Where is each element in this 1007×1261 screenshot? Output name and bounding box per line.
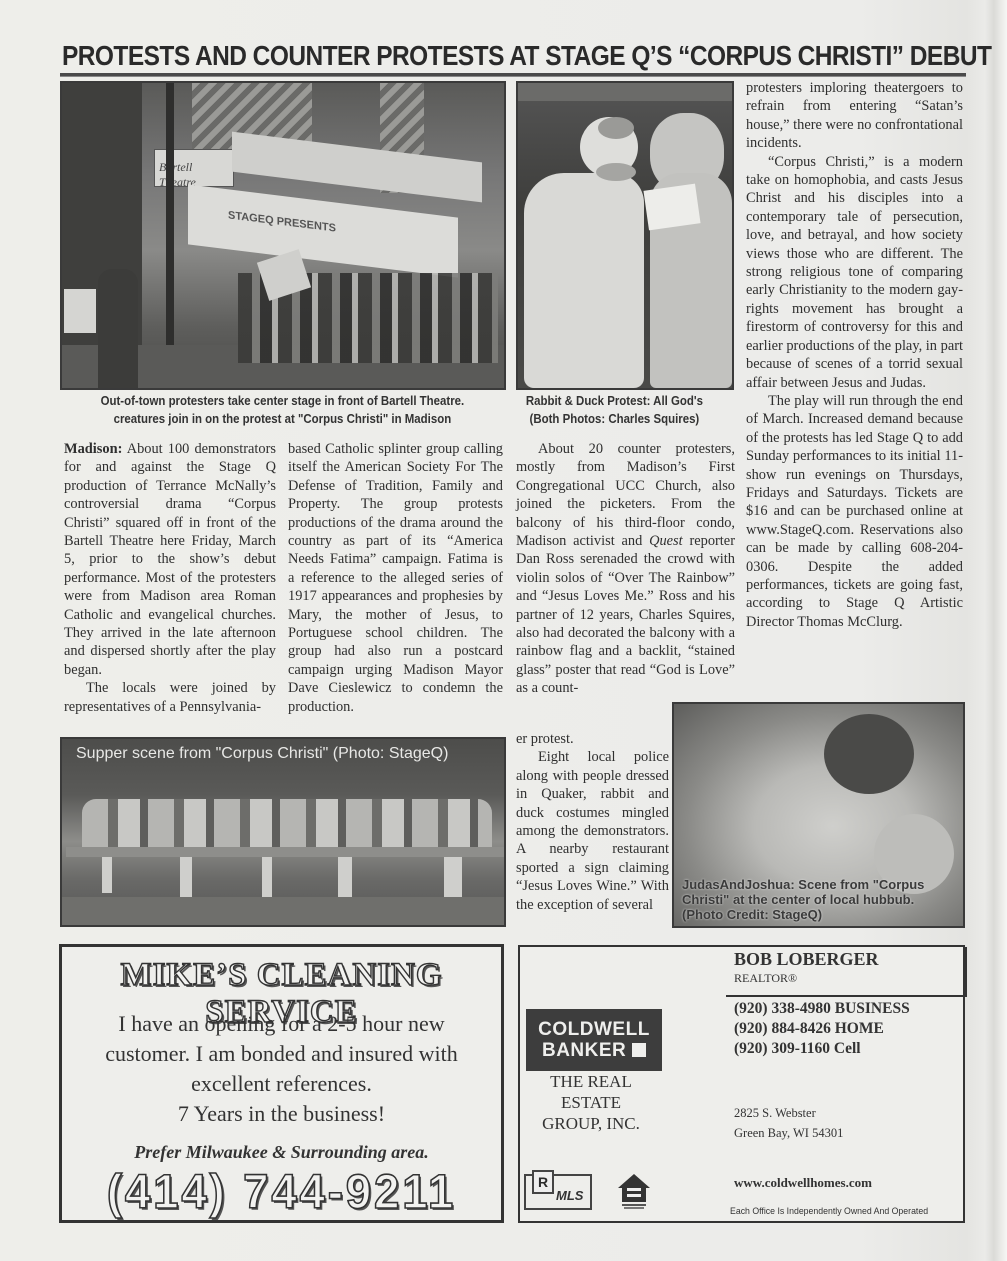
text-run: reporter Dan Ross serenaded the crowd wi…	[516, 533, 735, 696]
agency-name: THE REAL ESTATE GROUP, INC.	[520, 1071, 662, 1134]
disclaimer: Each Office Is Independently Owned And O…	[730, 1206, 928, 1217]
equal-housing-icon	[616, 1172, 652, 1210]
ad-line: 7 Years in the business!	[62, 1099, 501, 1129]
caption-line: Rabbit & Duck Protest: All God's	[500, 392, 729, 410]
ad-phone-number: (414) 744-9211	[73, 1165, 490, 1220]
paragraph: The locals were joined by representative…	[64, 679, 276, 716]
phone-home: (920) 884-8426 HOME	[734, 1019, 910, 1039]
realtor-r-icon: R	[532, 1170, 554, 1194]
office-address: 2825 S. Webster Green Bay, WI 54301	[734, 1103, 843, 1143]
wisconsin-icon	[632, 1043, 646, 1057]
dateline: Madison:	[64, 441, 122, 457]
agent-phones: (920) 338-4980 BUSINESS (920) 884-8426 H…	[734, 999, 910, 1059]
supper-photo-caption: Supper scene from "Corpus Christi" (Phot…	[76, 745, 448, 763]
logo-text: BANKER	[526, 1040, 662, 1061]
logo-text-banker: BANKER	[542, 1040, 626, 1061]
theatre-photo-caption: Out-of-town protesters take center stage…	[58, 392, 507, 428]
article-column-2: based Catholic splinter group calling it…	[288, 440, 503, 716]
paragraph: protesters imploring theatergoers to ref…	[746, 79, 963, 153]
realtor-mls-icon: R MLS	[524, 1174, 592, 1210]
stageq-sign: STAGEQ PRESENTS	[188, 184, 458, 277]
coldwell-banker-logo: COLDWELL BANKER	[526, 1009, 662, 1071]
paragraph: “Corpus Christi,” is a modern take on ho…	[746, 153, 963, 392]
article-column-1: Madison: About 100 demonstrators for and…	[64, 440, 276, 716]
paragraph: About 100 demonstrators for and against …	[64, 441, 276, 678]
mikes-cleaning-ad: MIKE’S CLEANING SERVICE I have an openin…	[59, 944, 504, 1223]
phone-business: (920) 338-4980 BUSINESS	[734, 999, 910, 1019]
article-column-3-continued: er protest. Eight local police along wit…	[516, 730, 669, 914]
headline-rule	[60, 73, 966, 77]
logo-text: COLDWELL	[526, 1019, 662, 1040]
paragraph: based Catholic splinter group calling it…	[288, 440, 503, 716]
website-link[interactable]: www.coldwellhomes.com	[734, 1175, 872, 1191]
mls-label: MLS	[556, 1188, 583, 1203]
ad-service-area: Prefer Milwaukee & Surrounding area.	[62, 1142, 501, 1163]
kiss-photo-caption: JudasAndJoshua: Scene from "Corpus Chris…	[682, 877, 942, 922]
headline: PROTESTS AND COUNTER PROTESTS AT STAGE Q…	[62, 40, 863, 74]
agent-name: BOB LOBERGER	[734, 949, 879, 970]
caption-line: Out-of-town protesters take center stage…	[58, 392, 507, 410]
address-line: 2825 S. Webster	[734, 1103, 843, 1123]
ad-body: I have an opening for a 2-5 hour new cus…	[62, 1009, 501, 1129]
divider	[726, 995, 967, 997]
paragraph: er protest.	[516, 730, 669, 748]
address-line: Green Bay, WI 54301	[734, 1123, 843, 1143]
publication-name: Quest	[649, 533, 683, 549]
supper-scene-photo: Supper scene from "Corpus Christi" (Phot…	[60, 737, 506, 927]
article-column-3: About 20 counter protesters, mostly from…	[516, 440, 735, 698]
ad-line: I have an opening for a 2-5 hour new	[62, 1009, 501, 1039]
phone-cell: (920) 309-1160 Cell	[734, 1039, 910, 1059]
page-edge-shadow	[985, 0, 1007, 1261]
paragraph: The play will run through the end of Mar…	[746, 392, 963, 631]
agency-line: THE REAL ESTATE	[520, 1071, 662, 1113]
paragraph: Eight local police along with people dre…	[516, 748, 669, 914]
article-column-4: protesters imploring theatergoers to ref…	[746, 79, 963, 631]
agency-line: GROUP, INC.	[520, 1113, 662, 1134]
caption-line: creatures join in on the protest at "Cor…	[58, 410, 507, 428]
ad-line: customer. I am bonded and insured with	[62, 1039, 501, 1069]
rabbit-photo-caption: Rabbit & Duck Protest: All God's (Both P…	[500, 392, 729, 428]
agent-title: REALTOR®	[734, 971, 797, 986]
judas-joshua-photo: JudasAndJoshua: Scene from "Corpus Chris…	[672, 702, 965, 928]
photo-credit: (Both Photos: Charles Squires)	[500, 410, 729, 428]
ad-line: excellent references.	[62, 1069, 501, 1099]
theatre-protest-photo: Bartell Theatre STAGEQ PRESENTS	[60, 81, 506, 390]
coldwell-banker-ad: COLDWELL BANKER THE REAL ESTATE GROUP, I…	[518, 945, 965, 1223]
newspaper-page: PROTESTS AND COUNTER PROTESTS AT STAGE Q…	[0, 0, 1007, 1261]
rabbit-duck-photo	[516, 81, 734, 390]
